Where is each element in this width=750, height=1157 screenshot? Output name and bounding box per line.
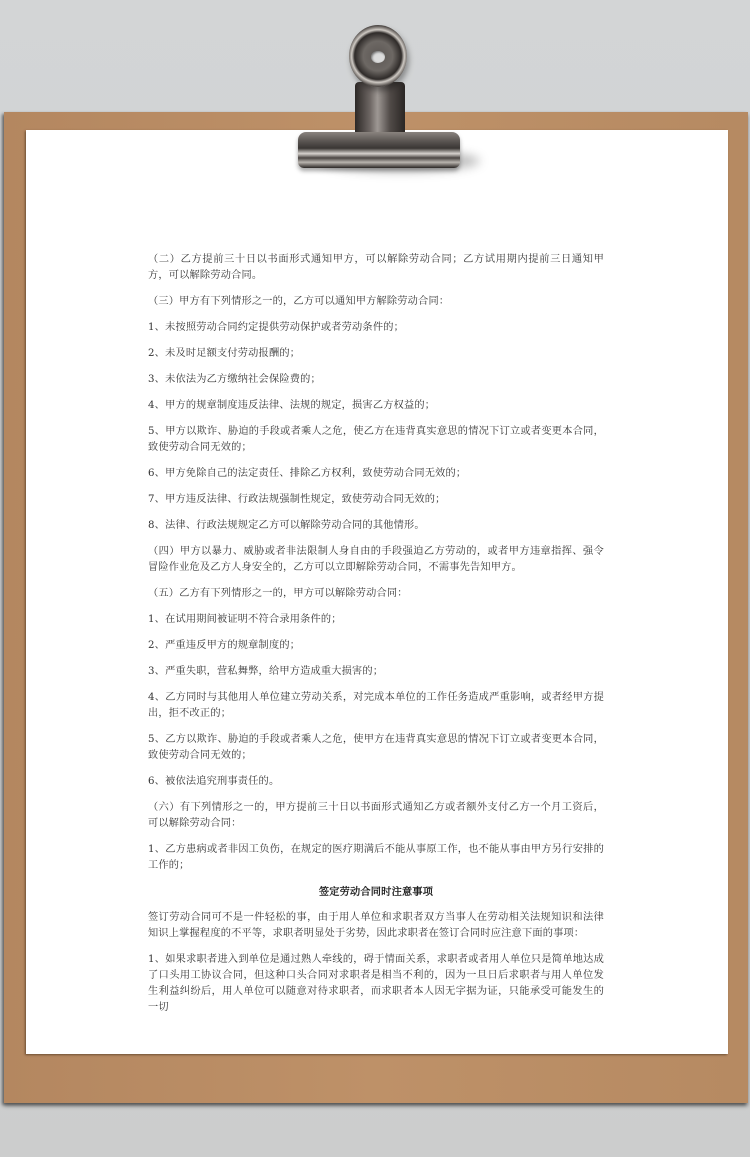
list-item: 7、甲方违反法律、行政法规强制性规定，致使劳动合同无效的； [148,492,604,508]
list-item: 1、在试用期间被证明不符合录用条件的； [148,612,604,628]
list-item: 3、严重失职，营私舞弊，给甲方造成重大损害的； [148,664,604,680]
list-item: 4、乙方同时与其他用人单位建立劳动关系，对完成本单位的工作任务造成严重影响，或者… [148,690,604,722]
list-item: 6、被依法追究刑事责任的。 [148,774,604,790]
document-body: （二）乙方提前三十日以书面形式通知甲方，可以解除劳动合同；乙方试用期内提前三日通… [148,252,604,1026]
list-item: 8、法律、行政法规规定乙方可以解除劳动合同的其他情形。 [148,518,604,534]
list-item: 5、甲方以欺诈、胁迫的手段或者乘人之危，使乙方在违背真实意思的情况下订立或者变更… [148,424,604,456]
paragraph: （六）有下列情形之一的，甲方提前三十日以书面形式通知乙方或者额外支付乙方一个月工… [148,800,604,832]
list-item: 1、如果求职者进入到单位是通过熟人牵线的，碍于情面关系，求职者或者用人单位只是简… [148,952,604,1016]
section-heading: 签定劳动合同时注意事项 [148,884,604,900]
paragraph: （四）甲方以暴力、威胁或者非法限制人身自由的手段强迫乙方劳动的，或者甲方违章指挥… [148,544,604,576]
paragraph: 签订劳动合同可不是一件轻松的事，由于用人单位和求职者双方当事人在劳动相关法规知识… [148,910,604,942]
paragraph: （三）甲方有下列情形之一的，乙方可以通知甲方解除劳动合同： [148,294,604,310]
list-item: 1、未按照劳动合同约定提供劳动保护或者劳动条件的； [148,320,604,336]
list-item: 4、甲方的规章制度违反法律、法规的规定，损害乙方权益的； [148,398,604,414]
clip-ring [349,25,407,87]
paragraph: （二）乙方提前三十日以书面形式通知甲方，可以解除劳动合同；乙方试用期内提前三日通… [148,252,604,284]
list-item: 2、未及时足额支付劳动报酬的； [148,346,604,362]
list-item: 2、严重违反甲方的规章制度的； [148,638,604,654]
list-item: 5、乙方以欺诈、胁迫的手段或者乘人之危，使甲方在违背真实意思的情况下订立或者变更… [148,732,604,764]
list-item: 1、乙方患病或者非因工负伤，在规定的医疗期满后不能从事原工作，也不能从事由甲方另… [148,842,604,874]
list-item: 6、甲方免除自己的法定责任、排除乙方权利，致使劳动合同无效的； [148,466,604,482]
list-item: 3、未依法为乙方缴纳社会保险费的； [148,372,604,388]
paragraph: （五）乙方有下列情形之一的，甲方可以解除劳动合同： [148,586,604,602]
clip-hole [371,51,385,63]
